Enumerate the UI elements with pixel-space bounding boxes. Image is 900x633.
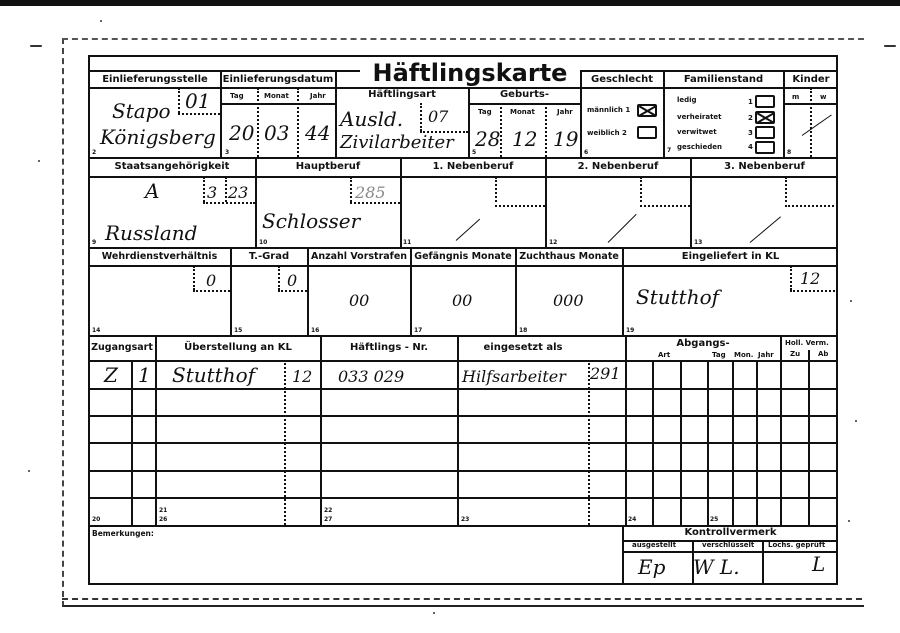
- value-staatsangehoerigkeit-code1: 3: [207, 182, 217, 204]
- value-einlieferung-jahr: 44: [305, 122, 330, 144]
- cell-ueberstellung: Stutthof: [172, 364, 255, 386]
- field-no-13: 13: [694, 239, 702, 246]
- label-geb-monat: Monat: [510, 108, 535, 117]
- field-no-27: 27: [324, 516, 332, 523]
- cell-zugang-code: 1: [138, 364, 151, 386]
- value-einlieferungsstelle-1: Stapo: [112, 100, 171, 122]
- scan-top-border: [0, 0, 900, 6]
- checkbox-verheiratet[interactable]: [755, 111, 775, 124]
- checkbox-ledig[interactable]: [755, 95, 775, 108]
- cell-eingesetzt-code: 291: [590, 363, 621, 385]
- num-verwitwet: 3: [748, 129, 753, 138]
- label-monat: Monat: [264, 92, 289, 101]
- label-tag: Tag: [230, 92, 244, 101]
- option-verwitwet: verwitwet: [677, 128, 717, 137]
- value-staatsangehoerigkeit-code2: 23: [228, 182, 248, 204]
- value-einlieferungsstelle-2: Königsberg: [100, 126, 216, 148]
- label-bemerkungen: Bemerkungen:: [92, 529, 154, 538]
- header-eingesetzt: eingesetzt als: [458, 341, 588, 355]
- checkbox-geschieden[interactable]: [755, 141, 775, 154]
- field-no-19: 19: [626, 327, 634, 334]
- value-geburt-tag: 28: [475, 128, 500, 150]
- checkbox-verwitwet[interactable]: [755, 126, 775, 139]
- value-eingeliefert: Stutthof: [636, 286, 719, 308]
- cell-zugangsart: Z: [104, 364, 118, 386]
- field-no-3: 3: [225, 149, 229, 156]
- value-geburt-monat: 12: [512, 128, 537, 150]
- value-hauptberuf: Schlosser: [262, 210, 360, 232]
- value-einlieferung-monat: 03: [264, 122, 289, 144]
- option-geschieden: geschieden: [677, 143, 722, 152]
- field-no-9: 9: [92, 239, 96, 246]
- header-art: Art: [658, 351, 670, 360]
- value-haeftlingsart-code: 07: [428, 106, 448, 128]
- field-no-11: 11: [403, 239, 411, 246]
- value-gefaengnis: 00: [452, 290, 472, 312]
- label-nebenberuf-1: 1. Nebenberuf: [401, 160, 545, 174]
- field-no-21: 21: [159, 507, 167, 514]
- label-gefaengnis: Gefängnis Monate: [411, 250, 515, 264]
- field-no-8: 8: [787, 149, 791, 156]
- label-zuchthaus: Zuchthaus Monate: [516, 250, 622, 264]
- header-mon: Mon.: [734, 351, 753, 360]
- value-verschluesselt: W L.: [693, 556, 740, 578]
- value-einlieferungsstelle-code: 01: [185, 90, 210, 112]
- cell-kl-code: 12: [292, 366, 312, 388]
- field-no-15: 15: [234, 327, 242, 334]
- value-staatsangehoerigkeit: Russland: [105, 222, 197, 244]
- header-zugangsart: Zugangsart: [89, 341, 155, 355]
- value-eingeliefert-code: 12: [800, 268, 820, 290]
- value-vorstrafen: 00: [349, 290, 369, 312]
- field-no-2: 2: [92, 149, 96, 156]
- label-kontrollvermerk: Kontrollvermerk: [623, 526, 838, 539]
- cell-eingesetzt: Hilfsarbeiter: [462, 366, 566, 388]
- form-title: Häftlingskarte: [370, 58, 570, 88]
- value-wehrdienst-code: 0: [206, 270, 216, 292]
- label-haeftlingsart: Häftlingsart: [336, 88, 468, 102]
- num-ledig: 1: [748, 98, 753, 107]
- value-ausgestellt: Ep: [638, 556, 665, 578]
- label-geschlecht: Geschlecht: [581, 73, 663, 87]
- label-wehrdienst: Wehrdienstverhältnis: [89, 250, 230, 264]
- value-einlieferung-tag: 20: [229, 122, 254, 144]
- label-vorstrafen: Anzahl Vorstrafen: [308, 250, 410, 264]
- field-no-25: 25: [710, 516, 718, 523]
- field-no-20: 20: [92, 516, 100, 523]
- value-lochs-geprueft: L: [812, 553, 825, 575]
- label-nebenberuf-2: 2. Nebenberuf: [546, 160, 690, 174]
- label-familienstand: Familienstand: [664, 73, 783, 87]
- label-einlieferungsdatum: Einlieferungsdatum: [221, 73, 335, 87]
- checkbox-weiblich[interactable]: [637, 126, 657, 139]
- value-staatsangehoerigkeit-mark: A: [145, 180, 159, 202]
- field-no-24: 24: [628, 516, 636, 523]
- label-ausgestellt: ausgestellt: [632, 541, 676, 550]
- label-geburts: Geburts-: [469, 88, 580, 102]
- label-kinder: Kinder: [784, 73, 838, 87]
- num-verheiratet: 2: [748, 114, 753, 123]
- field-no-6: 6: [584, 149, 588, 156]
- label-staatsangehoerigkeit: Staatsangehörigkeit: [89, 160, 255, 174]
- header-ueberstellung: Überstellung an KL: [156, 341, 320, 355]
- field-no-18: 18: [519, 327, 527, 334]
- label-hauptberuf: Hauptberuf: [256, 160, 400, 174]
- value-zuchthaus: 000: [553, 290, 584, 312]
- header-jahr: Jahr: [758, 351, 774, 360]
- label-kinder-w: w: [820, 93, 826, 102]
- num-geschieden: 4: [748, 143, 753, 152]
- value-haeftlingsart-2: Zivilarbeiter: [340, 132, 454, 154]
- header-holl-verm: Holl. Verm.: [785, 339, 829, 348]
- label-kinder-m: m: [792, 93, 799, 102]
- value-haeftlingsart-1: Ausld.: [340, 108, 403, 130]
- field-no-14: 14: [92, 327, 100, 334]
- field-no-7: 7: [667, 147, 671, 154]
- option-verheiratet: verheiratet: [677, 113, 722, 122]
- label-jahr: Jahr: [310, 92, 326, 101]
- option-ledig: ledig: [677, 96, 697, 105]
- field-no-16: 16: [311, 327, 319, 334]
- field-no-22: 22: [324, 507, 332, 514]
- header-zu: Zu: [790, 350, 800, 359]
- label-einlieferungsstelle: Einlieferungsstelle: [90, 73, 220, 87]
- option-maennlich: männlich 1: [587, 106, 630, 115]
- cell-haeftlingsnr: 033 029: [338, 366, 404, 388]
- value-tgrad-code: 0: [287, 270, 297, 292]
- checkbox-maennlich[interactable]: [637, 104, 657, 117]
- header-tag: Tag: [712, 351, 726, 360]
- label-lochs-geprueft: Lochs. geprüft: [768, 541, 825, 550]
- label-verschluesselt: verschlüsselt: [702, 541, 754, 550]
- label-eingeliefert: Eingeliefert in KL: [623, 250, 838, 264]
- label-nebenberuf-3: 3. Nebenberuf: [691, 160, 838, 174]
- field-no-23: 23: [461, 516, 469, 523]
- option-weiblich: weiblich 2: [587, 129, 627, 138]
- label-geb-jahr: Jahr: [557, 108, 573, 117]
- field-no-17: 17: [414, 327, 422, 334]
- value-hauptberuf-code: 285: [355, 182, 386, 204]
- header-ab: Ab: [818, 350, 828, 359]
- header-abgangs: Abgangs-: [626, 337, 780, 351]
- value-geburt-jahr: 19: [553, 128, 578, 150]
- field-no-26: 26: [159, 516, 167, 523]
- label-tgrad: T.-Grad: [231, 250, 307, 264]
- label-geb-tag: Tag: [478, 108, 492, 117]
- header-haeftlingsnr: Häftlings - Nr.: [321, 341, 457, 355]
- field-no-12: 12: [549, 239, 557, 246]
- field-no-10: 10: [259, 239, 267, 246]
